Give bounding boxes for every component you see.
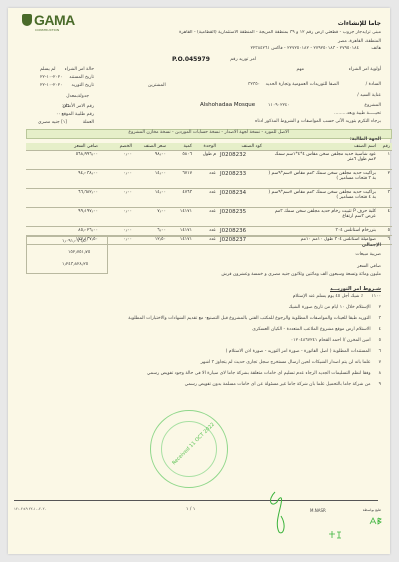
col-name: اسم الصنف [264,143,378,151]
row-code: J0208232 [218,151,264,170]
col-unit: الوحدة [194,143,218,151]
row-unit: عدد [194,170,218,189]
supplier-label: السادة / [366,82,381,87]
table-row: ٣ براكيت حديد مجلفن سخن سمك ٣مم مقاس ٧سم… [26,189,392,208]
row-code: J0208233 [218,170,264,189]
row-net: ٦٦٫٦٨٢٫٠٠ [26,189,100,208]
po-number-label: امر توريد رقم [230,57,256,62]
row-net: ٩٩٫١٩٧٫٠٠ [26,208,100,227]
project-code: ١١٠٩٠٢٢٤٠ [268,103,290,108]
doc-date-value: ٢٠٢٠-١٠-٢٢ [40,75,63,80]
project-name: Alshohadaa Mosque [200,102,255,108]
row-discount: ٠٫٠٠ [100,227,134,236]
copy-banner: الاصل للمورد - نسخة لجهة الاصدار - نسخة … [128,130,289,135]
net-label: صافي السعر [357,264,381,269]
col-code: كود الصنف [218,143,264,151]
term-item: ٣التوريد طبقا للعينات والمواصفات المطلوب… [128,316,381,327]
row-price: ٩٨٫٠٠ [134,151,168,170]
handwritten-initials-icon [369,516,383,526]
printed-by: M.NASR [310,508,326,513]
print-ref: ٢٠٢٠-١٠-٢٢ ١٢:٠٢:٤٩ [14,507,46,511]
total-value: ١٫٠٩١٫٠٧٦٫٥٠ [62,239,88,244]
row-qty: ٥٨٠٦ [168,151,194,170]
company-name: جاما للإنشاءات [338,20,381,27]
row-discount: ٠٫٠٠ [100,208,134,227]
priority-value: مهم [297,67,304,72]
row-code: J0208235 [218,208,264,227]
delivery-date-label: تاريخ التوريد [72,83,94,88]
priority-label: أولوية امر الشراء [349,67,381,72]
doc-date-label: تاريخ المستند [69,75,94,80]
po-number: P.O.045979 [172,56,210,63]
col-net: صافي السعر [26,143,100,151]
tax-label: ضريبة مبيعات [355,252,381,257]
term-item: ٩من شركة جاما بالتحميل علما بان شركة جام… [128,382,381,393]
row-discount: ٠٫٠٠ [100,151,134,170]
row-qty: ٦٧١٧ [168,170,194,189]
buyer-label: المشترين [148,83,166,88]
term-item: ٦المستندات المطلوبة ( اصل الفاتورة - صور… [128,349,381,360]
gama-logo: GAMA [22,14,75,26]
phone-value: ٢٧٩٥٠١٨٤ - ٢٧٩٢٥٠١٨٣ - ٢٢٧٢٥٠١٨٢ - فاكس … [250,46,359,51]
schedule-label: جدولةبمعدل [66,94,89,99]
row-price: ٧٫٠٠ [134,208,168,227]
row-price: ١٤٫٠٠ [134,170,168,189]
row-unit: م طول [194,151,218,170]
term-item: ٧علما بانه لن يتم اصدار الشيكات لحين ارس… [128,360,381,371]
col-price: سعر الصنف [134,143,168,151]
col-no: رقم [378,143,392,151]
row-unit: عدد [194,208,218,227]
row-name: كلبة حرف P تثبيت رخام حديد مجلفن سخن سمك… [264,208,378,227]
printed-by-label: طبع بواسطة [363,508,381,512]
page-number: ١ / ١ [186,507,195,512]
term-item: ٤الاستلام ارض موقع مشروع الملاعب المتعدد… [128,327,381,338]
currency-label: العملة [83,120,94,125]
total-label: الإجمالي [362,243,381,248]
company-city: المنطقة، القاهرة، مصر [338,39,381,44]
row-discount: ٠٫٠٠ [100,189,134,208]
row-net: ٩٤٫٠٣٨٫٠٠ [26,170,100,189]
table-row: ١ عود شاسية حديد مجلفن سخن مقاس ٤*٤*١سم … [26,151,392,170]
row-price: ١٤٫٠٠ [134,189,168,208]
site-request-value: ٠٠٠٠٠ [56,112,68,117]
row-name: عود شاسية حديد مجلفن سخن مقاس ٤*٤*١سم سم… [264,151,378,170]
col-discount: الخصم [100,143,134,151]
items-table: رقم اسم الصنف كود الصنف الوحدة كمية سعر … [26,143,392,245]
row-name: بنزرخام استانلس ٣٠٤ [264,227,378,236]
terms-title: شـروط امر التوريـــد [330,286,381,292]
terms-list: ١١٠٠٪ شيك أجل ٤٥ يوم يسلم عند الإستلام ٢… [128,294,381,393]
currency-value: [١] جنيه مصري [38,120,67,125]
net-value: ١٫٢٤٣٫٨٢٨٫٢٥ [62,262,88,267]
row-net: ٨٥٫٠٢٦٫٠٠ [26,227,100,236]
row-no: ٣ [378,189,392,208]
row-code: J0208236 [218,227,264,236]
signature-icon [265,490,295,535]
delivery-date-value: ٢٠٢٠-١٠-٢٢ [40,83,63,88]
row-qty: ١٤١٧١ [168,227,194,236]
row-name: براكيت حديد مجلفن سخن سمك ٣مم مقاس ٧سم*٩… [264,189,378,208]
row-qty: ٤٧٦٣ [168,189,194,208]
term-item: ٢الإستلام خلال ١٠ ايام من تاريخ صورة الش… [128,305,381,316]
tax-value: ١٥٢٫٧٥١٫٧٥ [68,250,90,255]
received-stamp: Received 11 OCT 2022 [150,410,228,488]
term-item: ١١٠٠٪ شيك أجل ٤٥ يوم يسلم عند الإستلام [128,294,381,305]
table-row: ٥ بنزرخام استانلس ٣٠٤ J0208236 عدد ١٤١٧١… [26,227,392,236]
row-code: J0208234 [218,189,264,208]
project-label: المشروع [364,103,381,108]
row-no: ٥ [378,227,392,236]
table-row: ٢ براكيت حديد مجلفن سخن سمك ٣مم مقاس ٧سم… [26,170,392,189]
row-net: ٥٦٨٫٩٩٦٫٠٠ [26,151,100,170]
row-name: براكيت حديد مجلفن سخن سمك ٣مم مقاس ٧سم*٩… [264,170,378,189]
supplier-code: ٣٢٣٥٠ [248,82,260,87]
gama-logo-icon [22,14,32,26]
company-address: مبنى ترايدجار جروب - قطعتي ارض رقم ١٢ و … [121,30,381,35]
row-discount: ٠٫٠٠ [100,170,134,189]
term-item: ٥امين المخزن /ا احمد القحام ٠١٢٠٤٨٦٧٢٤١ [128,338,381,349]
requesting-party-label: الجهة الطالبة: [350,137,381,142]
row-no: ٢ [378,170,392,189]
row-unit: عدد [194,189,218,208]
row-no: ١ [378,151,392,170]
original-no-value: ١٢٦ [62,104,69,109]
phone-label: هاتف [371,46,381,51]
status-label: حالة امر الشراء [65,67,94,72]
table-header-row: رقم اسم الصنف كود الصنف الوحدة كمية سعر … [26,143,392,151]
status-value: لم يسلم [40,67,56,72]
footer-divider [14,500,378,501]
row-unit: عدد [194,227,218,236]
col-qty: كمية [168,143,194,151]
row-no: ٤ [378,208,392,227]
table-row: ٤ كلبة حرف P تثبيت رخام حديد مجلفن سخن س… [26,208,392,227]
row-price: ٦٫٠٠ [134,227,168,236]
logo-text: GAMA [34,14,75,26]
initials-icon [328,530,342,540]
supplier-name: الصفا للتوريدات العمومية وتجارة الحديد [266,82,339,87]
row-qty: ١٤١٧١ [168,208,194,227]
amount-in-words: مليون ومائة وتسعة وسبعون الف ومائتين وثل… [221,272,381,277]
term-item: ٨وفقا لنظم التسليمات الجديد الرجاء عدم ت… [128,371,381,382]
greeting: تحيـــــة طيبة وبعد......... [334,111,381,116]
intro-text: برجاء التكرم بتوريد الآتى حسب المواصفات … [255,119,381,124]
logo-subtext: CONSTRUCTION [35,28,59,32]
attention-label: عناية السيد / [357,93,381,98]
